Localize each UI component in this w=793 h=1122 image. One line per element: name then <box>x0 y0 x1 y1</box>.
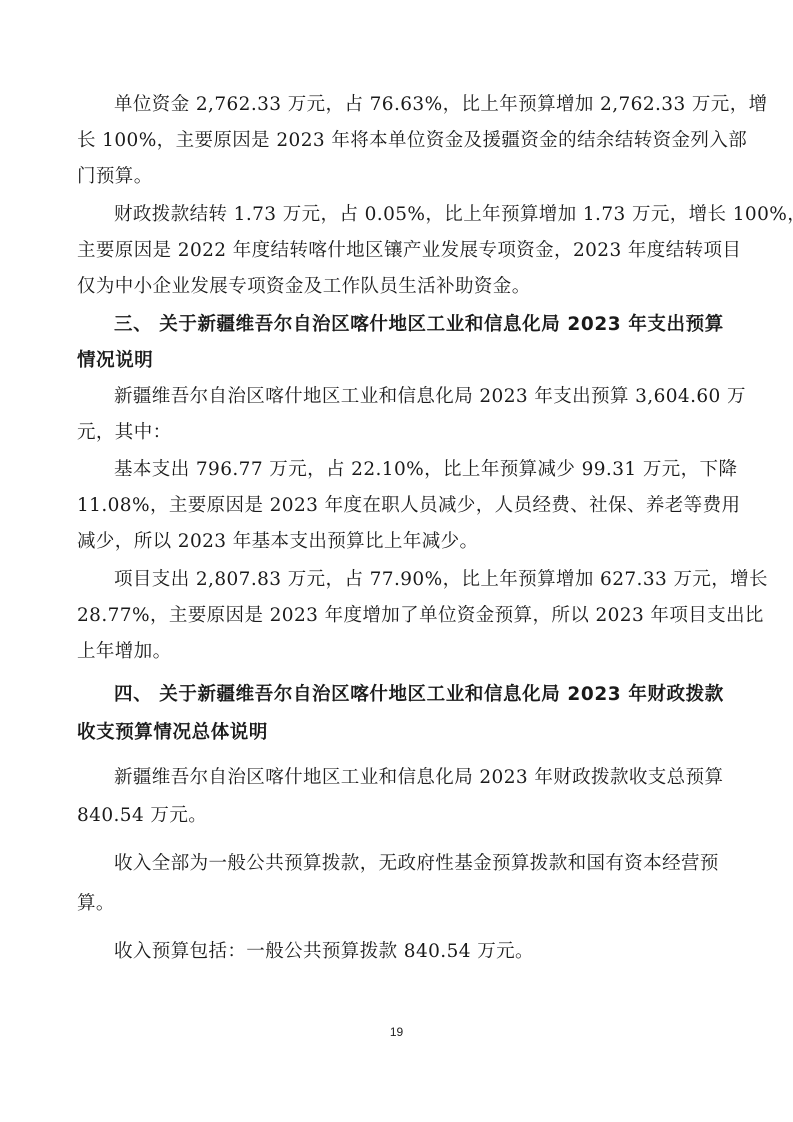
heading-line: 情况说明 <box>77 349 717 373</box>
text-line: 长 100%，主要原因是 2023 年将本单位资金及援疆资金的结余结转资金列入部 <box>77 129 717 153</box>
text-line: 减少，所以 2023 年基本支出预算比上年减少。 <box>77 530 717 554</box>
page-number: 19 <box>0 1025 793 1039</box>
text-line: 28.77%，主要原因是 2023 年度增加了单位资金预算，所以 2023 年项… <box>77 604 717 628</box>
text-line: 收入预算包括：一般公共预算拨款 840.54 万元。 <box>114 940 717 964</box>
text-line: 840.54 万元。 <box>77 804 717 828</box>
text-line: 基本支出 796.77 万元，占 22.10%，比上年预算减少 99.31 万元… <box>114 458 717 482</box>
text-line: 新疆维吾尔自治区喀什地区工业和信息化局 2023 年支出预算 3,604.60 … <box>114 385 717 409</box>
heading-line: 三、 关于新疆维吾尔自治区喀什地区工业和信息化局 2023 年支出预算 <box>114 313 717 337</box>
text-line: 算。 <box>77 892 717 916</box>
text-line: 11.08%，主要原因是 2023 年度在职人员减少，人员经费、社保、养老等费用 <box>77 494 717 518</box>
text-line: 主要原因是 2022 年度结转喀什地区镶产业发展专项资金，2023 年度结转项目 <box>77 239 717 263</box>
heading-line: 收支预算情况总体说明 <box>77 721 717 745</box>
text-line: 门预算。 <box>77 165 717 189</box>
text-line: 元，其中： <box>77 421 717 445</box>
text-line: 新疆维吾尔自治区喀什地区工业和信息化局 2023 年财政拨款收支总预算 <box>114 766 717 790</box>
text-line: 财政拨款结转 1.73 万元，占 0.05%，比上年预算增加 1.73 万元，增… <box>114 203 717 227</box>
heading-line: 四、 关于新疆维吾尔自治区喀什地区工业和信息化局 2023 年财政拨款 <box>114 683 717 707</box>
document-page: 单位资金 2,762.33 万元，占 76.63%，比上年预算增加 2,762.… <box>0 0 793 1122</box>
text-line: 项目支出 2,807.83 万元，占 77.90%，比上年预算增加 627.33… <box>114 568 717 592</box>
text-line: 单位资金 2,762.33 万元，占 76.63%，比上年预算增加 2,762.… <box>114 93 717 117</box>
text-line: 仅为中小企业发展专项资金及工作队员生活补助资金。 <box>77 275 717 299</box>
text-line: 上年增加。 <box>77 640 717 664</box>
text-line: 收入全部为一般公共预算拨款，无政府性基金预算拨款和国有资本经营预 <box>114 852 717 876</box>
